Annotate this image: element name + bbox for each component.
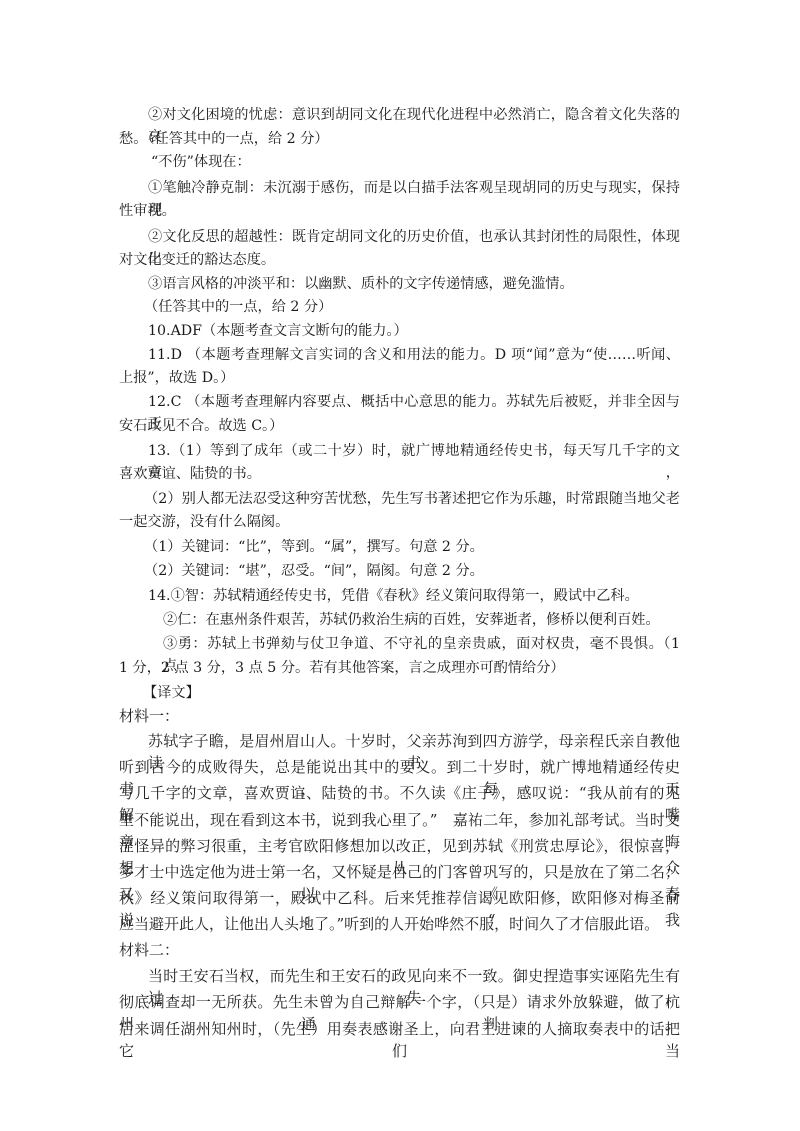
translation-line: 应当避开此人，让他出人头地了。”听到的人开始哗然不服，时间久了才信服此语。 — [119, 913, 680, 935]
translation-line: 多才士中选定他为进士第一名，又怀疑是自己的门客曾巩写的，只是放在了第二名；又以《… — [119, 861, 680, 883]
answer-line: 上报”，故选 D。） — [119, 367, 680, 389]
answer-line: ③勇：苏轼上书弹劾与仗卫争道、不守礼的皇亲贵戚，面对权贵，毫不畏惧。（1 点 — [163, 633, 680, 655]
translation-line: 当时王安石当权，而先生和王安石的政见向来不一致。御史捏造事实诬陷先生有过失， — [148, 965, 680, 987]
translation-line: 后来调任湖州知州时，（先生）用奏表感谢圣上，向君王进谏的人摘取奏表中的话把它们当 — [119, 1018, 680, 1040]
translation-line: 涩怪异的弊习很重，主考官欧阳修想加以改正，见到苏轼《刑赏忠厚论》，很惊喜，想从众 — [119, 835, 680, 857]
translation-line: 材料一： — [119, 705, 680, 727]
answer-line: 13.（1）等到了成年（或二十岁）时，就广博地精通经传史书，每天写几千字的文章， — [148, 440, 680, 462]
translation-line: 苏轼字子瞻，是眉州眉山人。十岁时，父亲苏洵到四方游学，母亲程氏亲自教他读书， — [148, 730, 680, 752]
answer-line: “不伤”体现在： — [151, 151, 680, 173]
answer-line: ①笔触冷静克制：未沉溺于感伤，而是以白描手法客观呈现胡同的历史与现实，保持理 — [148, 177, 680, 199]
translation-line: 听到古今的成败得失，总是能说出其中的要义。到二十岁时，就广博地精通经传史书，每天 — [119, 756, 680, 778]
answer-line: 12.C （本题考查理解内容要点、概括中心意思的能力。苏轼先后被贬，并非全因与王 — [148, 391, 680, 413]
answer-line: 10.ADF（本题考查文言文断句的能力。） — [148, 320, 680, 342]
answer-line: 一起交游，没有什么隔阂。 — [119, 511, 680, 533]
answer-line: （任答其中的一点，给 2 分） — [144, 296, 680, 318]
answer-line: （2）关键词：“堪”，忍受。“间”，隔阂。句意 2 分。 — [144, 560, 680, 582]
translation-line: 材料二： — [119, 939, 680, 961]
answer-line: 愁。（任答其中的一点，给 2 分） — [119, 128, 680, 150]
answer-line: 14.①智：苏轼精通经传史书，凭借《春秋》经义策问取得第一，殿试中乙科。 — [148, 585, 680, 607]
answer-line: 对文化变迁的豁达态度。 — [119, 249, 680, 271]
answer-line: ②文化反思的超越性：既肯定胡同文化的历史价值，也承认其封闭性的局限性，体现出 — [148, 226, 680, 248]
translation-line: 彻底调查却一无所获。先生未曾为自己辩解一个字，（只是）请求外放躲避，做了杭州通判… — [119, 991, 680, 1013]
answer-line: 1 分，2 点 3 分，3 点 5 分。若有其他答案，言之成理亦可酌情给分） — [119, 657, 680, 679]
answer-line: 性审视。 — [119, 200, 680, 222]
answer-line: 11.D （本题考查理解文言实词的含义和用法的能力。D 项“闻”意为“使……听闻… — [148, 344, 680, 366]
answer-line: ③语言风格的冲淡平和：以幽默、质朴的文字传递情感，避免滥情。 — [148, 273, 680, 295]
answer-line: ②仁：在惠州条件艰苦，苏轼仍救治生病的百姓，安葬逝者，修桥以便利百姓。 — [163, 609, 680, 631]
document-page: ②对文化困境的忧虑：意识到胡同文化在现代化进程中必然消亡，隐含着文化失落的哀愁。… — [0, 0, 800, 1131]
answer-line: 安石政见不合。故选 C。） — [119, 415, 680, 437]
answer-line: ②对文化困境的忧虑：意识到胡同文化在现代化进程中必然消亡，隐含着文化失落的哀 — [148, 104, 680, 126]
translation-line: 写几千字的文章，喜欢贾谊、陆贽的书。不久读《庄子》，感叹说：“我从前有的见解，嘴 — [119, 782, 680, 804]
translation-line: 秋》经义策问取得第一，殿试中乙科。后来凭推荐信谒见欧阳修，欧阳修对梅圣俞说：“我 — [119, 887, 680, 909]
translation-heading: 【译文】 — [143, 682, 680, 704]
answer-line: （1）关键词：“比”，等到。“属”，撰写。句意 2 分。 — [144, 536, 680, 558]
translation-line: 里不能说出，现在看到这本书，说到我心里了。” 嘉祐二年，参加礼部考试。当时文章晦 — [119, 809, 680, 831]
answer-line: 喜欢贾谊、陆贽的书。 — [119, 463, 680, 485]
answer-line: （2）别人都无法忍受这种穷苦忧愁，先生写书著述把它作为乐趣，时常跟随当地父老 — [144, 488, 680, 510]
